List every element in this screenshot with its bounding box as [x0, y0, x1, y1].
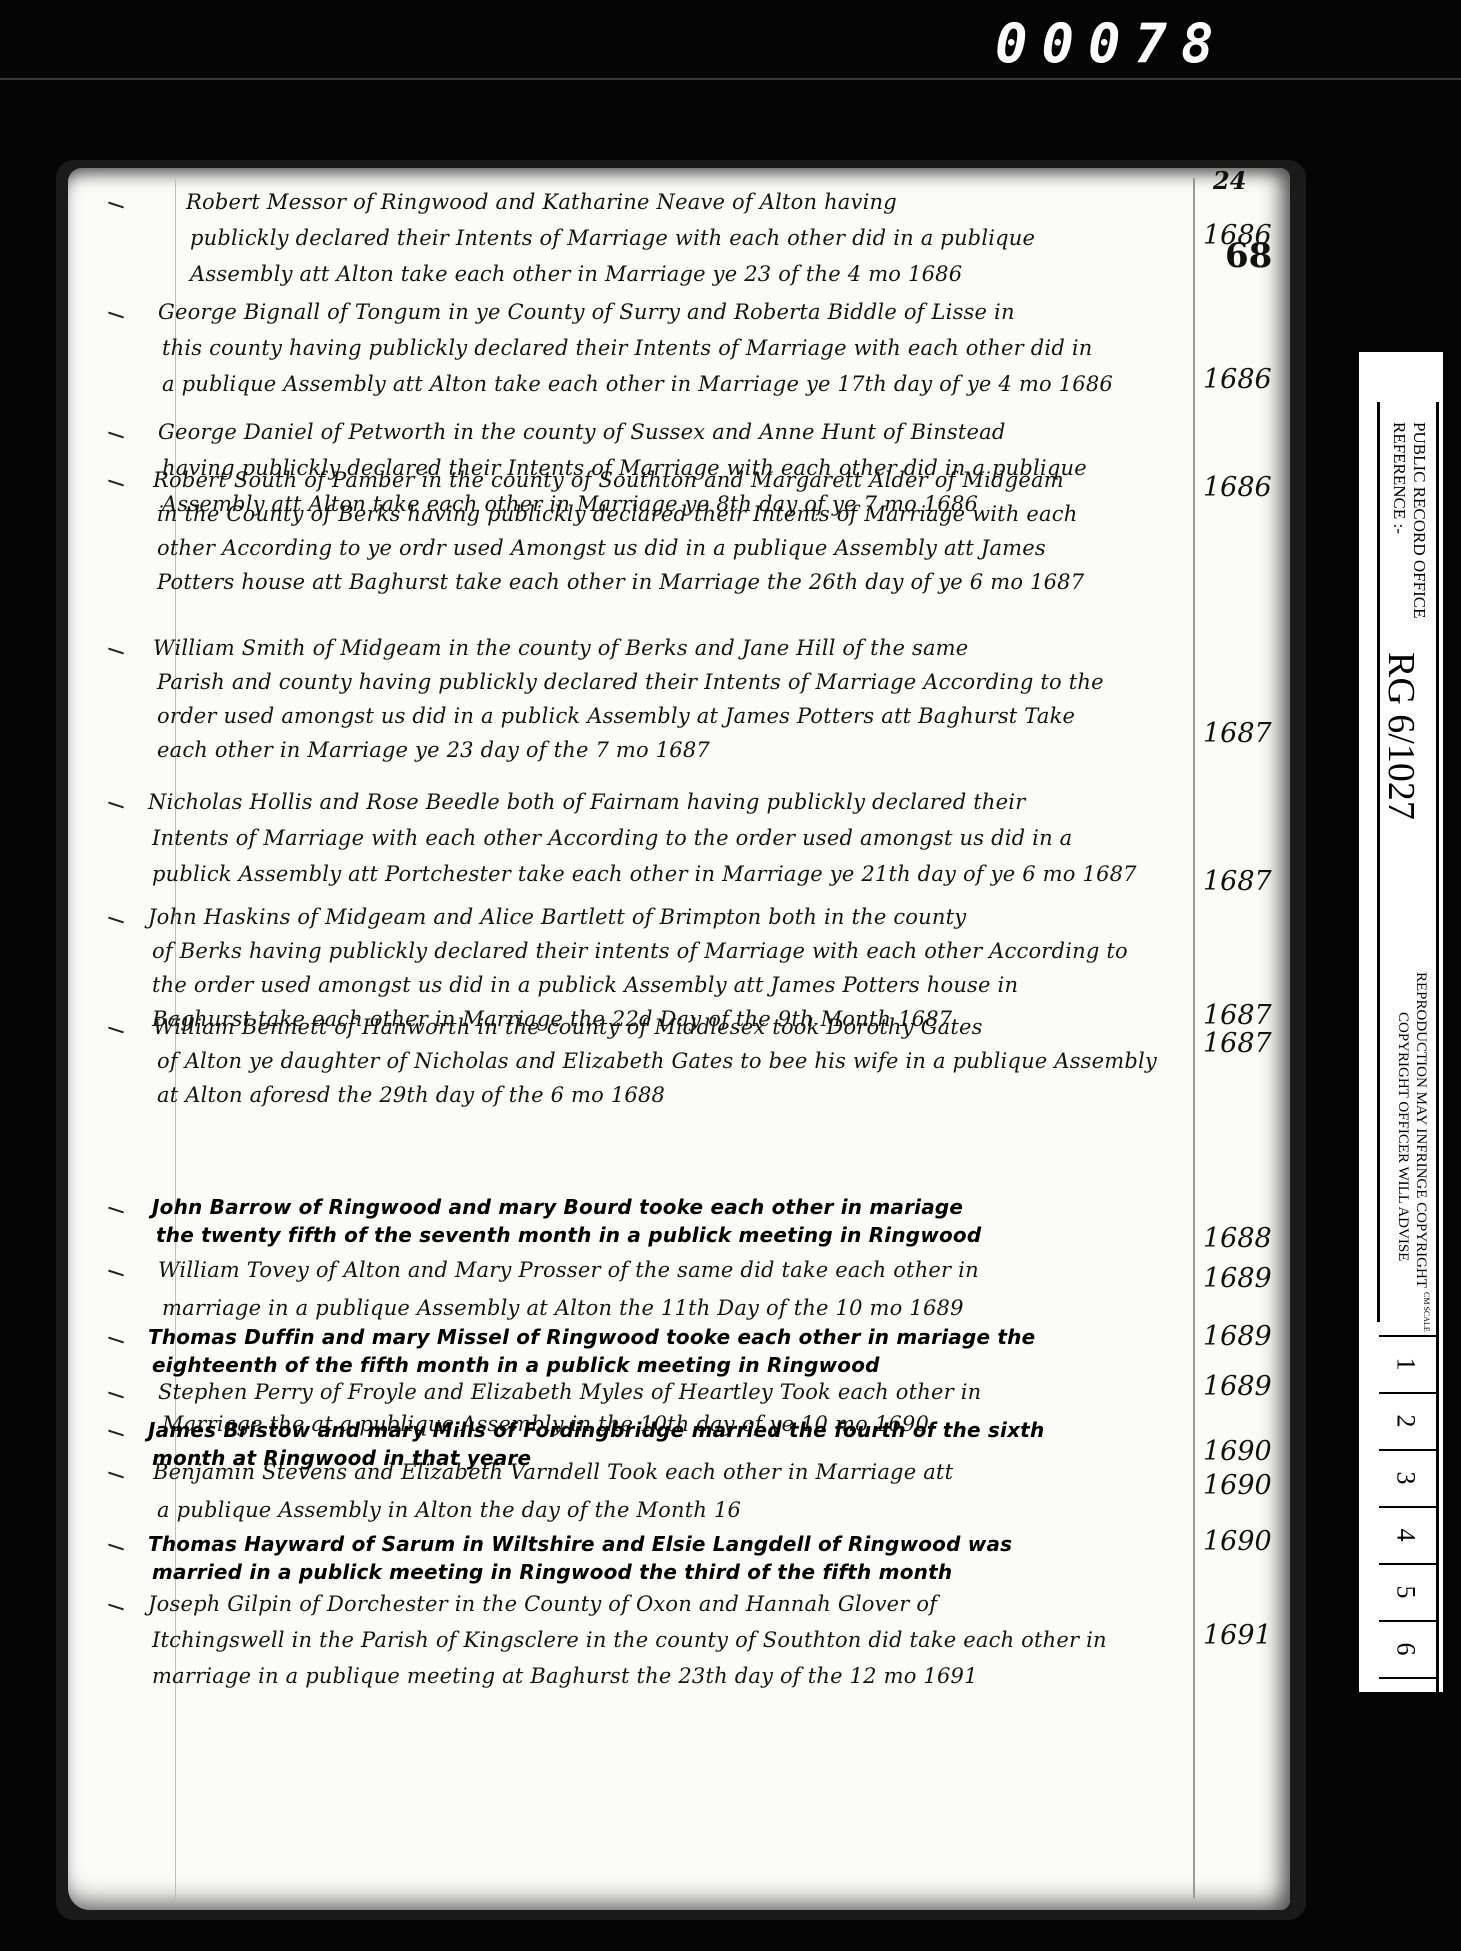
entry-line: Robert South of Pamber in the county of … [153, 468, 1064, 492]
margin-year: 1690 [1203, 1470, 1272, 1501]
entry-marker-dash [108, 1544, 124, 1551]
entry-line: of Alton ye daughter of Nicholas and Eli… [157, 1049, 1157, 1073]
cm-scale-label: CM SCALE [1422, 1292, 1431, 1332]
cm-scale-number: 2 [1391, 1415, 1421, 1428]
entry-line: order used amongst us did in a publick A… [157, 704, 1075, 728]
entry-marker-dash [108, 1392, 124, 1399]
entry-line: Stephen Perry of Froyle and Elizabeth My… [158, 1380, 981, 1404]
margin-year: 1689 [1203, 1321, 1272, 1352]
entry-line: of Berks having publickly declared their… [152, 939, 1128, 963]
right-margin-rule [1193, 178, 1195, 1898]
entry-line: publick Assembly att Portchester take ea… [152, 862, 1137, 886]
entry-line: Potters house att Baghurst take each oth… [157, 570, 1084, 594]
margin-year: 1687 [1203, 1000, 1272, 1031]
entry-line: in the County of Berks having publickly … [157, 502, 1077, 526]
margin-year: 1686 [1203, 364, 1272, 395]
margin-year: 1686 [1203, 472, 1272, 503]
entry-marker-dash [108, 312, 124, 319]
entry-line: Robert Messor of Ringwood and Katharine … [186, 190, 897, 214]
entry-marker-dash [108, 202, 124, 209]
margin-year: 1690 [1203, 1526, 1272, 1557]
entry-line: a publique Assembly in Alton the day of … [157, 1498, 741, 1522]
entry-marker-dash [108, 802, 124, 809]
margin-year: 1687 [1203, 866, 1272, 897]
entry-marker-dash [108, 1430, 124, 1437]
entry-line: at Alton aforesd the 29th day of the 6 m… [157, 1083, 665, 1107]
margin-year: 1689 [1203, 1371, 1272, 1402]
margin-year: 1686 [1203, 220, 1272, 251]
strip-rule-left [1377, 402, 1380, 1322]
entry-line: John Haskins of Midgeam and Alice Bartle… [148, 905, 966, 929]
reference-strip: PUBLIC RECORD OFFICE REFERENCE :- RG 6/1… [1359, 352, 1443, 1692]
cm-scale-number: 1 [1391, 1358, 1421, 1371]
entry-marker-dash [108, 1270, 124, 1277]
cm-scale-number: 5 [1391, 1586, 1421, 1599]
entry-line: Assembly att Alton take each other in Ma… [190, 262, 962, 286]
cm-scale-cell: 3 [1379, 1449, 1438, 1506]
reference-label: REFERENCE :- [1389, 422, 1409, 534]
entry-line: William Tovey of Alton and Mary Prosser … [158, 1258, 979, 1282]
entry-line: marriage in a publique Assembly at Alton… [162, 1296, 964, 1320]
entry-marker-dash [108, 917, 124, 924]
entry-line: George Daniel of Petworth in the county … [158, 420, 1006, 444]
entry-line: publickly declared their Intents of Marr… [190, 226, 1035, 250]
margin-year: 1687 [1203, 718, 1272, 749]
margin-year: 1687 [1203, 1028, 1272, 1059]
margin-year: 1689 [1203, 1263, 1272, 1294]
entry-line: Thomas Duffin and mary Missel of Ringwoo… [148, 1325, 1035, 1349]
entry-line: other According to ye ordr used Amongst … [157, 536, 1046, 560]
entry-line: John Barrow of Ringwood and mary Bourd t… [152, 1195, 963, 1219]
entry-marker-dash [108, 648, 124, 655]
entry-line: eighteenth of the fifth month in a publi… [152, 1353, 880, 1377]
entry-line: Itchingswell in the Parish of Kingsclere… [152, 1628, 1107, 1652]
cm-scale-cell: 4 [1379, 1506, 1438, 1563]
copyright-warning-line2: COPYRIGHT OFFICER WILL ADVISE [1394, 1012, 1411, 1261]
cm-scale-number: 6 [1391, 1643, 1421, 1656]
scan-line [0, 78, 1461, 80]
folio-number: 24 [1213, 166, 1246, 195]
entry-marker-dash [108, 480, 124, 487]
entry-line: this county having publickly declared th… [162, 336, 1092, 360]
entry-line: Nicholas Hollis and Rose Beedle both of … [148, 790, 1025, 814]
entry-marker-dash [108, 1472, 124, 1479]
entry-marker-dash [108, 1027, 124, 1034]
entry-line: marriage in a publique meeting at Baghur… [152, 1664, 978, 1688]
entry-line: married in a publick meeting in Ringwood… [152, 1560, 952, 1584]
entry-line: Joseph Gilpin of Dorchester in the Count… [148, 1592, 937, 1616]
margin-year: 1688 [1203, 1223, 1272, 1254]
entry-marker-dash [108, 1207, 124, 1214]
cm-scale-cell: 2 [1379, 1392, 1438, 1449]
entry-line: the twenty fifth of the seventh month in… [156, 1223, 981, 1247]
cm-scale-cell: 5 [1379, 1563, 1438, 1620]
margin-year: 1690 [1203, 1436, 1272, 1467]
entry-line: the order used amongst us did in a publi… [152, 973, 1018, 997]
reference-code: RG 6/1027 [1379, 652, 1423, 820]
cm-scale-end [1379, 1677, 1438, 1681]
copyright-warning-line1: REPRODUCTION MAY INFRINGE COPYRIGHT [1412, 972, 1429, 1288]
cm-scale-cell: 1 [1379, 1335, 1438, 1392]
entry-line: each other in Marriage ye 23 day of the … [157, 738, 710, 762]
entry-line: Thomas Hayward of Sarum in Wiltshire and… [148, 1532, 1012, 1556]
entry-line: William Smith of Midgeam in the county o… [153, 636, 968, 660]
entry-line: James Bristow and mary Mills of Fordingb… [148, 1418, 1044, 1442]
register-page: 24 68 Robert Messor of Ringwood and Kath… [68, 168, 1290, 1910]
entry-marker-dash [108, 1604, 124, 1611]
margin-year: 1691 [1203, 1620, 1272, 1651]
entry-marker-dash [108, 432, 124, 439]
entry-line: Benjamin Stevens and Elizabeth Varndell … [153, 1460, 953, 1484]
public-record-office-label: PUBLIC RECORD OFFICE [1409, 422, 1429, 618]
cm-scale-cell: 6 [1379, 1620, 1438, 1677]
entry-line: Parish and county having publickly decla… [157, 670, 1104, 694]
entry-line: George Bignall of Tongum in ye County of… [158, 300, 1015, 324]
entry-line: a publique Assembly att Alton take each … [162, 372, 1113, 396]
entry-line: Intents of Marriage with each other Acco… [152, 826, 1072, 850]
entry-line: William Bennett of Hanworth in the count… [153, 1015, 983, 1039]
entry-marker-dash [108, 1337, 124, 1344]
frame-number: 00078 [995, 12, 1228, 75]
cm-scale-number: 4 [1391, 1529, 1421, 1542]
cm-scale-number: 3 [1391, 1472, 1421, 1485]
